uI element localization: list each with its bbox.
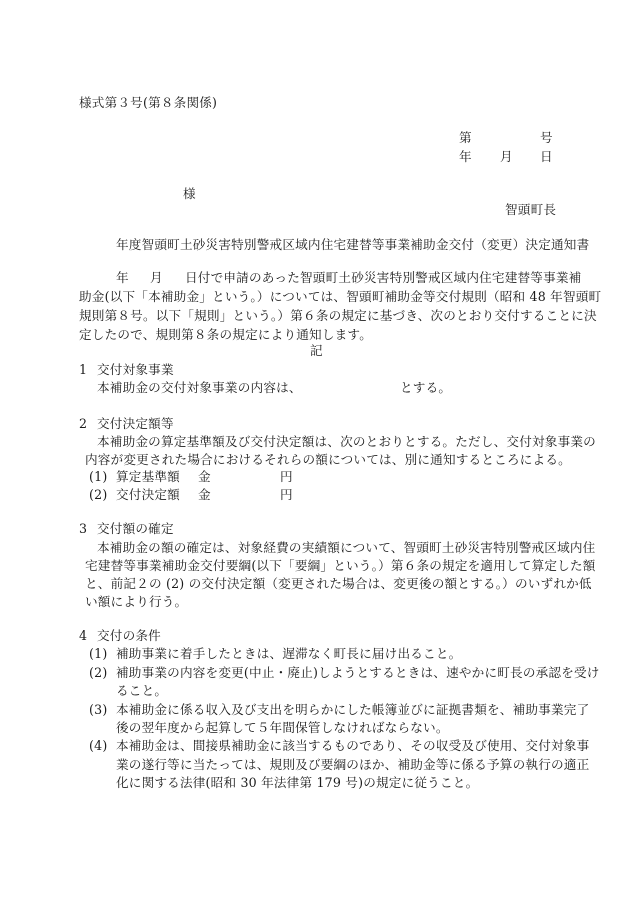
intro-month: 月 [150,270,163,286]
section-3-body-line3: と、前記２の (2) の交付決定額（変更された場合は、変更後の額とする。）のいず… [85,576,592,592]
section-4-item-4-line2: 業の遂行等に当たっては、規則及び要綱のほか、補助金等に係る予算の執行の適正 [116,757,589,773]
intro-year: 年 [116,270,129,286]
section-2-item-2-kin: 金 [198,487,211,503]
intro-line1: 日付で申請のあった智頭町土砂災害特別警戒区域内住宅建替等事業補 [185,270,581,286]
addressee-honorific: 様 [183,186,196,202]
section-3-heading: 交付額の確定 [97,521,174,537]
section-4-heading: 交付の条件 [97,628,161,644]
section-4-item-2-number: (2) [89,665,107,681]
section-2-item-2-yen: 円 [280,487,293,503]
section-4-item-3-line1: 本補助金に係る収入及び支出を明らかにした帳簿並びに証拠書類を、補助事業完了 [116,702,589,718]
intro-line3: 規則第８号。以下「規則」という。）第６条の規定に基づき、次のとおり交付することに… [79,308,597,324]
section-4-item-3-number: (3) [89,702,107,718]
section-3-body-line2: 宅建替等事業補助金交付要綱(以下「要綱」という。）第６条の規定を適用して算定した… [85,558,596,574]
section-2-body-line2: 内容が変更された場合におけるそれらの額については、別に通知するところによる。 [85,452,571,468]
section-4-item-3-line2: 後の翌年度から起算して５年間保管しなければならない。 [116,720,449,736]
document-title: 年度智頭町土砂災害特別警戒区域内住宅建替等事業補助金交付（変更）決定通知書 [116,237,589,253]
section-2-item-1-yen: 円 [280,469,293,485]
section-1-body-suffix: とする。 [400,380,451,396]
intro-line2: 助金(以下「本補助金」という。）については、智頭町補助金等交付規則（昭和 48 … [79,289,601,305]
section-2-item-2-number: (2) [89,487,107,503]
document-page: 様式第３号(第８条関係) 第 号 年 月 日 様 智頭町長 年度智頭町土砂災害特… [0,0,630,903]
section-1-heading: 交付対象事業 [97,362,174,378]
section-2-body-line1: 本補助金の算定基準額及び交付決定額は、次のとおりとする。ただし、交付対象事業の [97,434,596,450]
section-3-body-line1: 本補助金の額の確定は、対象経費の実績額について、智頭町土砂災害特別警戒区域内住 [97,540,595,556]
section-3-body-line4: い額により行う。 [85,594,187,610]
section-4-number: 4 [79,628,87,644]
date-day: 日 [540,149,553,165]
date-year: 年 [459,149,472,165]
section-1-body-prefix: 本補助金の交付対象事業の内容は、 [97,380,302,396]
section-2-number: 2 [79,416,87,432]
intro-line4: 定したので、規則第８条の規定により通知します。 [79,327,372,343]
document-number-prefix: 第 [459,130,472,146]
section-4-item-1-line1: 補助事業に着手したときは、遅滞なく町長に届け出ること。 [116,646,461,662]
document-number-suffix: 号 [540,130,553,146]
section-1-number: 1 [79,362,87,378]
section-2-heading: 交付決定額等 [97,416,174,432]
ki-heading: 記 [310,343,323,359]
section-4-item-2-line1: 補助事業の内容を変更(中止・廃止)しようとするときは、速やかに町長の承認を受け [116,665,600,681]
date-month: 月 [500,149,513,165]
section-2-item-2-label: 交付決定額 [116,487,180,503]
form-label: 様式第３号(第８条関係) [79,95,217,111]
section-4-item-1-number: (1) [89,646,107,662]
section-3-number: 3 [79,521,87,537]
section-4-item-4-line3: 化に関する法律(昭和 30 年法律第 179 号)の規定に従うこと。 [116,775,478,791]
issuer: 智頭町長 [505,202,556,218]
section-2-item-1-kin: 金 [198,469,211,485]
section-4-item-2-line2: ること。 [116,683,167,699]
section-4-item-4-number: (4) [89,738,107,754]
section-2-item-1-label: 算定基準額 [116,469,180,485]
section-4-item-4-line1: 本補助金は、間接県補助金に該当するものであり、その収受及び使用、交付対象事 [116,738,589,754]
section-2-item-1-number: (1) [89,469,107,485]
